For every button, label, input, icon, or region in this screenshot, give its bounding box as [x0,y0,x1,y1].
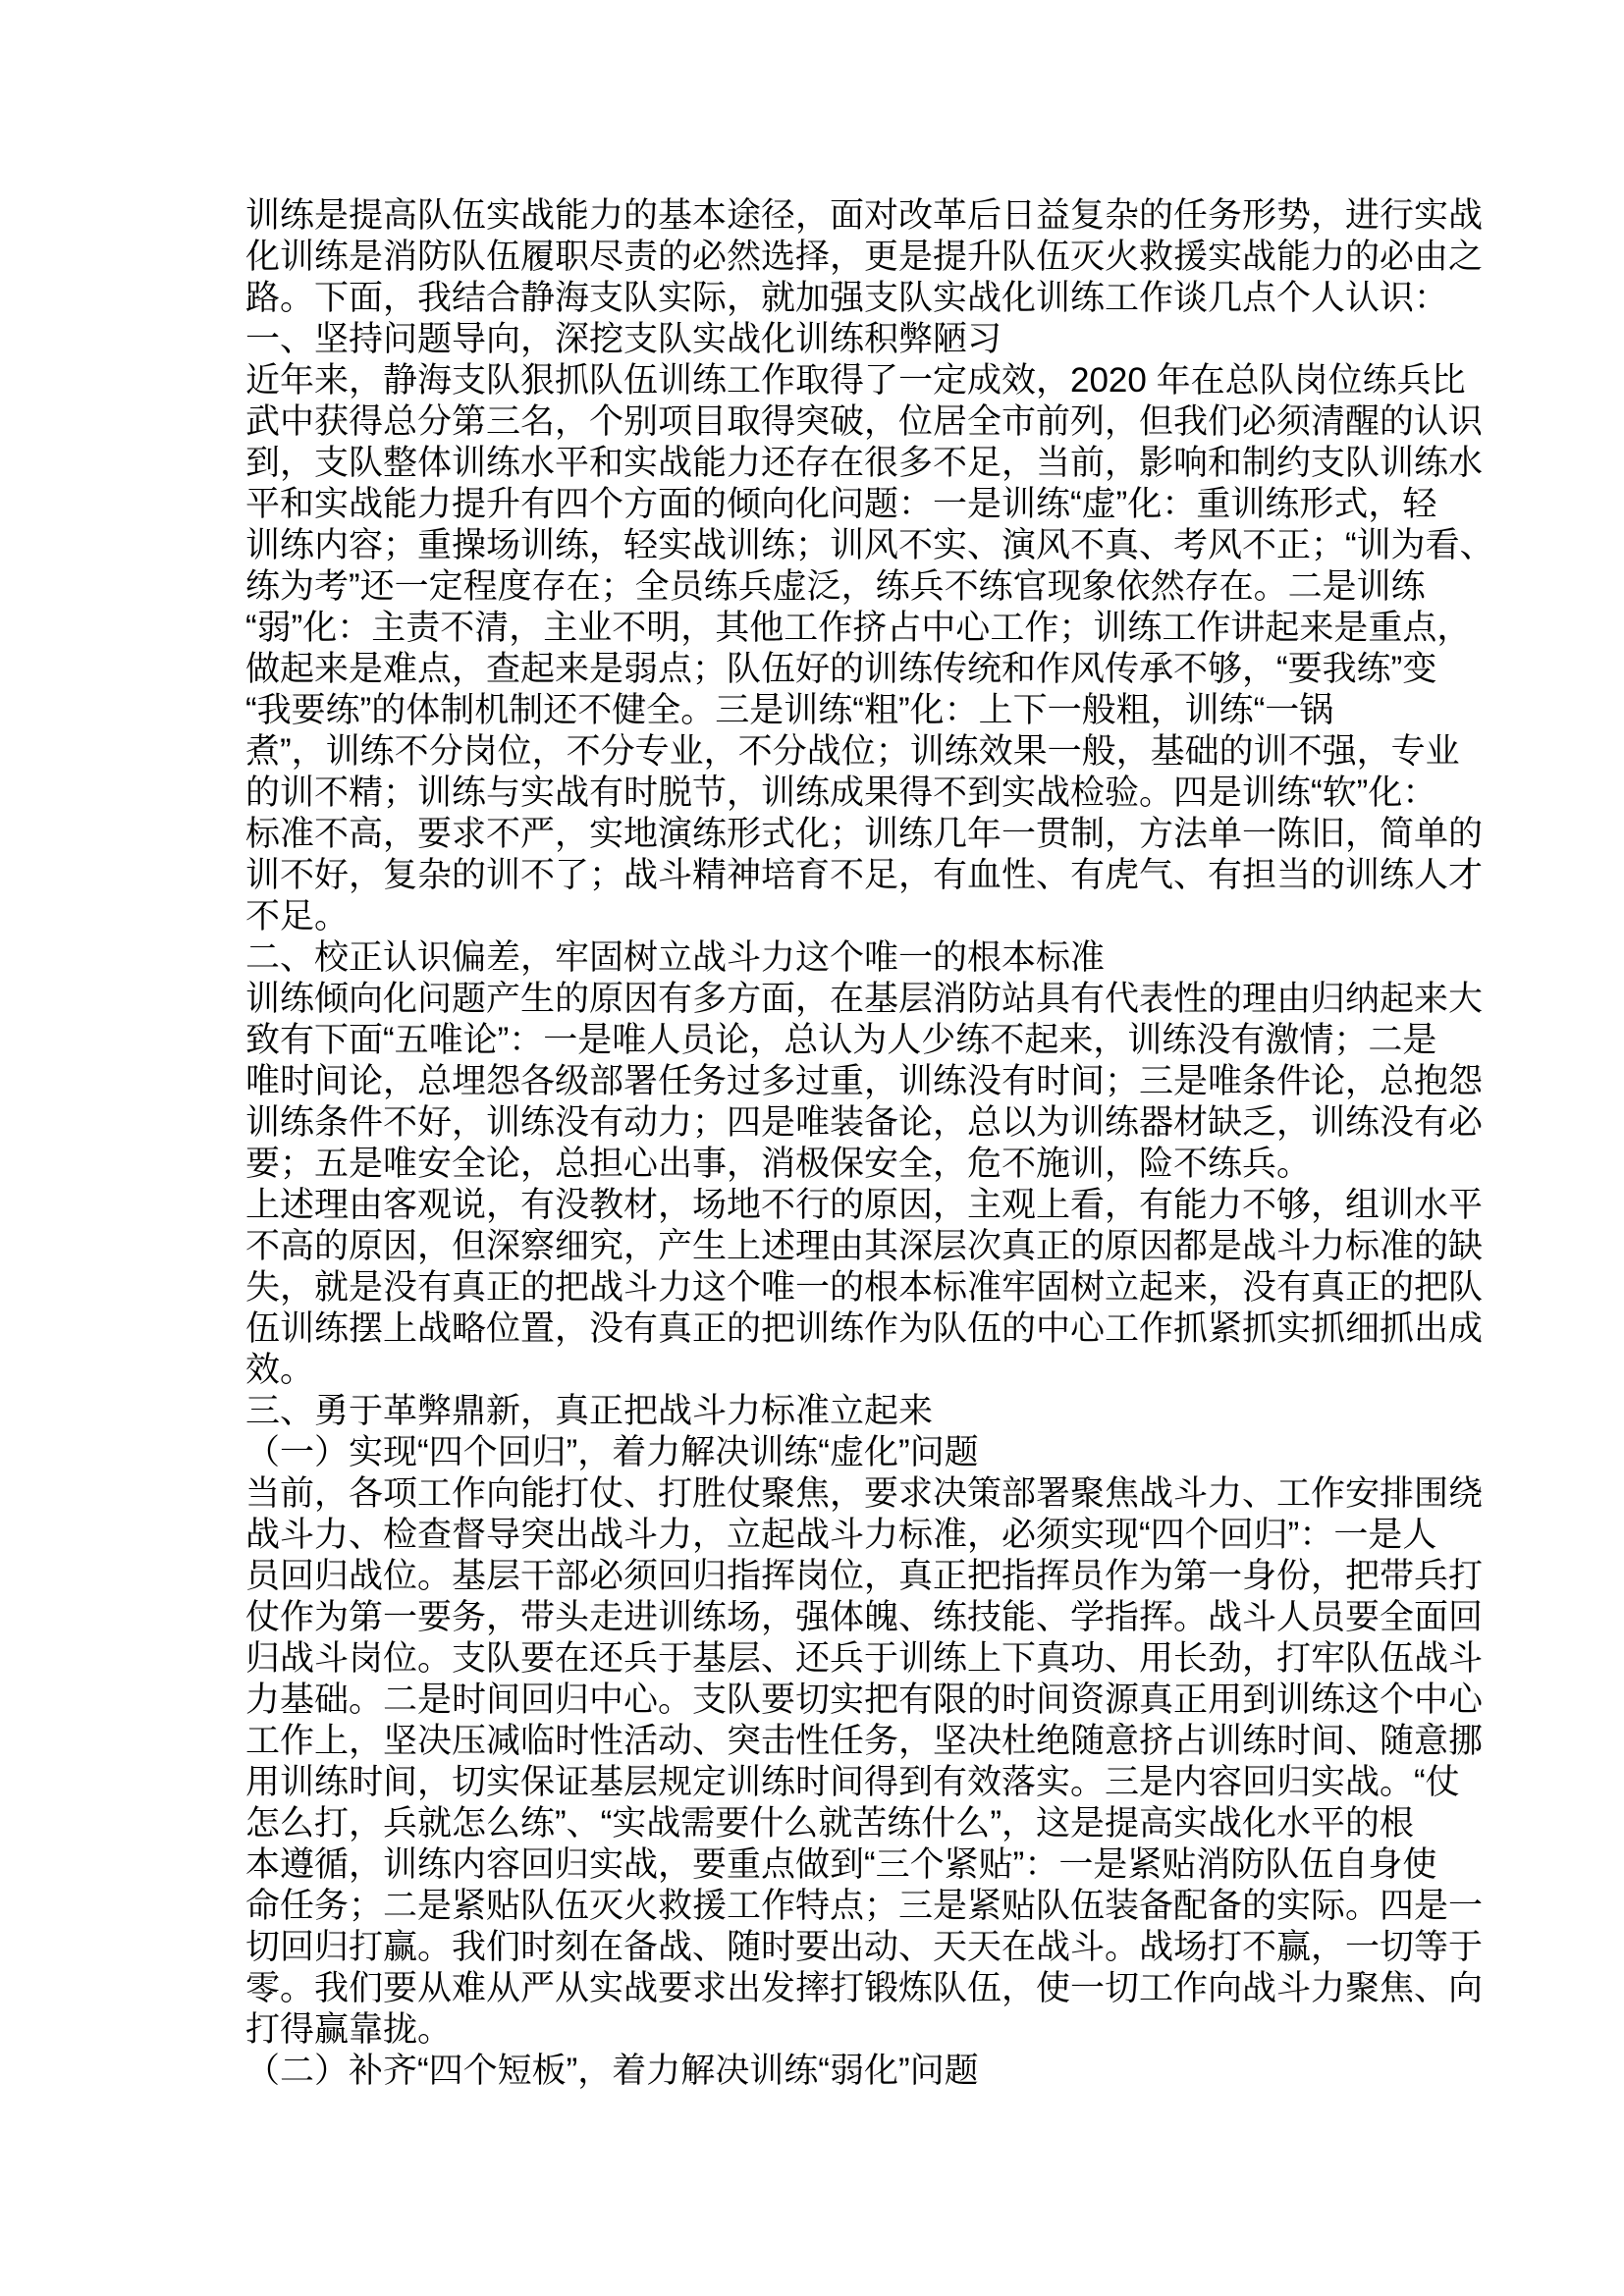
text-line: 上述理由客观说，有没教材，场地不行的原因，主观上看，有能力不够，组训水平 [245,1185,1380,1226]
text-line: 武中获得总分第三名，个别项目取得突破，位居全市前列，但我们必须清醒的认识 [245,401,1380,443]
text-line: 零。我们要从难从严从实战要求出发摔打锻炼队伍，使一切工作向战斗力聚焦、向 [245,1968,1380,2009]
text-line: 三、勇于革弊鼎新，真正把战斗力标准立起来 [245,1391,1380,1432]
text-line: “我要练”的体制机制还不健全。三是训练“粗”化：上下一般粗，训练“一锅 [245,690,1380,731]
text-line: 一、坚持问题导向，深挖支队实战化训练积弊陋习 [245,319,1380,360]
text-line: 打得赢靠拢。 [245,2009,1380,2051]
text-line: 煮”，训练不分岗位，不分专业，不分战位；训练效果一般，基础的训不强，专业 [245,731,1380,773]
text-line: 路。下面，我结合静海支队实际，就加强支队实战化训练工作谈几点个人认识： [245,278,1380,319]
text-line: 工作上，坚决压减临时性活动、突击性任务，坚决杜绝随意挤占训练时间、随意挪 [245,1721,1380,1762]
text-line: 训不好，复杂的训不了；战斗精神培育不足，有血性、有虎气、有担当的训练人才 [245,855,1380,896]
text-line: 要；五是唯安全论，总担心出事，消极保安全，危不施训，险不练兵。 [245,1144,1380,1185]
text-line: 不高的原因，但深察细究，产生上述理由其深层次真正的原因都是战斗力标准的缺 [245,1226,1380,1267]
document-text-block: 训练是提高队伍实战能力的基本途径，面对改革后日益复杂的任务形势，进行实战化训练是… [245,195,1380,2092]
text-line: 本遵循，训练内容回归实战，要重点做到“三个紧贴”：一是紧贴消防队伍自身使 [245,1844,1380,1886]
text-line: 伍训练摆上战略位置，没有真正的把训练作为队伍的中心工作抓紧抓实抓细抓出成 [245,1308,1380,1350]
text-line: 怎么打，兵就怎么练”、“实战需要什么就苦练什么”，这是提高实战化水平的根 [245,1803,1380,1844]
text-line: （一）实现“四个回归”，着力解决训练“虚化”问题 [245,1432,1380,1473]
text-line: 唯时间论，总埋怨各级部署任务过多过重，训练没有时间；三是唯条件论，总抱怨 [245,1061,1380,1102]
text-line: 到，支队整体训练水平和实战能力还存在很多不足，当前，影响和制约支队训练水 [245,443,1380,484]
text-line: 二、校正认识偏差，牢固树立战斗力这个唯一的根本标准 [245,937,1380,979]
text-line: 化训练是消防队伍履职尽责的必然选择，更是提升队伍灭火救援实战能力的必由之 [245,237,1380,278]
text-line: 力基础。二是时间回归中心。支队要切实把有限的时间资源真正用到训练这个中心 [245,1680,1380,1721]
text-line: 练为考”还一定程度存在；全员练兵虚泛，练兵不练官现象依然存在。二是训练 [245,566,1380,608]
text-line: 平和实战能力提升有四个方面的倾向化问题：一是训练“虚”化：重训练形式，轻 [245,484,1380,525]
document-page: 训练是提高队伍实战能力的基本途径，面对改革后日益复杂的任务形势，进行实战化训练是… [0,0,1624,2296]
text-line: 命任务；二是紧贴队伍灭火救援工作特点；三是紧贴队伍装备配备的实际。四是一 [245,1886,1380,1927]
text-line: 切回归打赢。我们时刻在备战、随时要出动、天天在战斗。战场打不赢，一切等于 [245,1927,1380,1968]
text-line: 员回归战位。基层干部必须回归指挥岗位，真正把指挥员作为第一身份，把带兵打 [245,1556,1380,1597]
text-line: 训练条件不好，训练没有动力；四是唯装备论，总以为训练器材缺乏，训练没有必 [245,1102,1380,1144]
text-line: 训练倾向化问题产生的原因有多方面，在基层消防站具有代表性的理由归纳起来大 [245,979,1380,1020]
text-line: “弱”化：主责不清，主业不明，其他工作挤占中心工作；训练工作讲起来是重点， [245,608,1380,649]
text-line: 用训练时间，切实保证基层规定训练时间得到有效落实。三是内容回归实战。“仗 [245,1762,1380,1803]
text-line: 标准不高，要求不严，实地演练形式化；训练几年一贯制，方法单一陈旧，简单的 [245,814,1380,855]
text-line: 战斗力、检查督导突出战斗力，立起战斗力标准，必须实现“四个回归”：一是人 [245,1515,1380,1556]
text-line: 训练内容；重操场训练，轻实战训练；训风不实、演风不真、考风不正；“训为看、 [245,525,1380,566]
text-line: 当前，各项工作向能打仗、打胜仗聚焦，要求决策部署聚焦战斗力、工作安排围绕 [245,1473,1380,1515]
text-line: （二）补齐“四个短板”，着力解决训练“弱化”问题 [245,2051,1380,2092]
text-line: 的训不精；训练与实战有时脱节，训练成果得不到实战检验。四是训练“软”化： [245,773,1380,814]
text-line: 不足。 [245,896,1380,937]
text-line: 失，就是没有真正的把战斗力这个唯一的根本标准牢固树立起来，没有真正的把队 [245,1267,1380,1308]
text-line: 近年来，静海支队狠抓队伍训练工作取得了一定成效，2020 年在总队岗位练兵比 [245,360,1380,401]
text-line: 效。 [245,1350,1380,1391]
text-line: 训练是提高队伍实战能力的基本途径，面对改革后日益复杂的任务形势，进行实战 [245,195,1380,237]
text-line: 仗作为第一要务，带头走进训练场，强体魄、练技能、学指挥。战斗人员要全面回 [245,1597,1380,1638]
text-line: 归战斗岗位。支队要在还兵于基层、还兵于训练上下真功、用长劲，打牢队伍战斗 [245,1638,1380,1680]
text-line: 做起来是难点，查起来是弱点；队伍好的训练传统和作风传承不够，“要我练”变 [245,649,1380,690]
text-line: 致有下面“五唯论”：一是唯人员论，总认为人少练不起来，训练没有激情；二是 [245,1020,1380,1061]
